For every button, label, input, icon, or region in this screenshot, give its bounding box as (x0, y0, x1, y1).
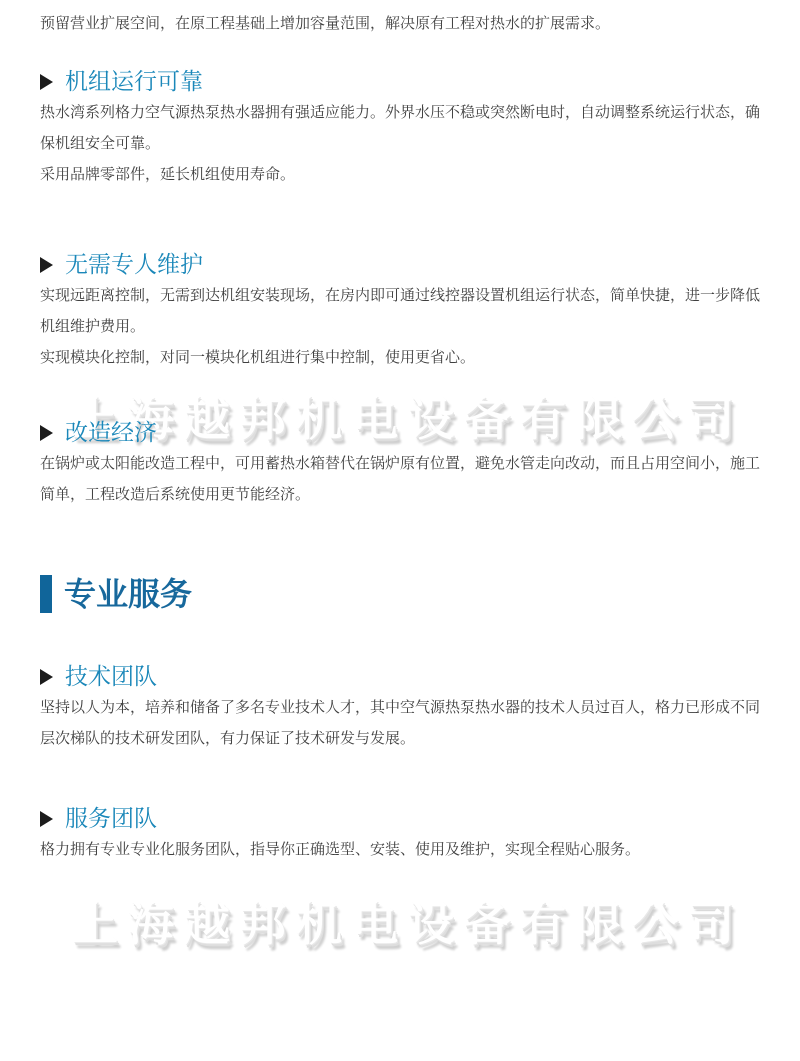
intro-paragraph: 预留营业扩展空间，在原工程基础上增加容量范围，解决原有工程对热水的扩展需求。 (40, 8, 760, 39)
section-heading-label: 无需专人维护 (65, 250, 203, 280)
section-heading-label: 服务团队 (65, 804, 157, 834)
section-heading-no-maintenance: 无需专人维护 (40, 250, 760, 280)
section-heading-label: 机组运行可靠 (65, 67, 203, 97)
section-paragraph: 坚持以人为本，培养和储备了多名专业技术人才，其中空气源热泵热水器的技术人员过百人… (40, 692, 760, 754)
section-paragraph: 在锅炉或太阳能改造工程中，可用蓄热水箱替代在锅炉原有位置，避免水管走向改动，而且… (40, 448, 760, 510)
section-heading-unit-reliability: 机组运行可靠 (40, 67, 760, 97)
section-paragraph: 格力拥有专业专业化服务团队，指导你正确选型、安装、使用及维护，实现全程贴心服务。 (40, 834, 760, 865)
product-detail-page: 上海越邦机电设备有限公司 上海越邦机电设备有限公司 预留营业扩展空间，在原工程基… (0, 0, 800, 1061)
triangle-bullet-icon (40, 74, 53, 90)
content-area: 预留营业扩展空间，在原工程基础上增加容量范围，解决原有工程对热水的扩展需求。 机… (0, 0, 800, 865)
section-heading-tech-team: 技术团队 (40, 662, 760, 692)
big-title-professional-service: 专业服务 (40, 572, 760, 616)
company-watermark: 上海越邦机电设备有限公司 (72, 888, 744, 954)
triangle-bullet-icon (40, 257, 53, 273)
section-paragraph: 热水湾系列格力空气源热泵热水器拥有强适应能力。外界水压不稳或突然断电时，自动调整… (40, 97, 760, 159)
section-paragraph: 采用品牌零部件，延长机组使用寿命。 (40, 159, 760, 190)
section-paragraph: 实现模块化控制，对同一模块化机组进行集中控制，使用更省心。 (40, 342, 760, 373)
section-heading-label: 改造经济 (65, 418, 157, 448)
big-title-label: 专业服务 (64, 572, 192, 616)
section-heading-service-team: 服务团队 (40, 804, 760, 834)
section-heading-label: 技术团队 (65, 662, 157, 692)
triangle-bullet-icon (40, 811, 53, 827)
section-heading-retrofit-economy: 改造经济 (40, 418, 760, 448)
triangle-bullet-icon (40, 669, 53, 685)
triangle-bullet-icon (40, 425, 53, 441)
title-bar-icon (40, 575, 52, 613)
section-paragraph: 实现远距离控制，无需到达机组安装现场，在房内即可通过线控器设置机组运行状态，简单… (40, 280, 760, 342)
